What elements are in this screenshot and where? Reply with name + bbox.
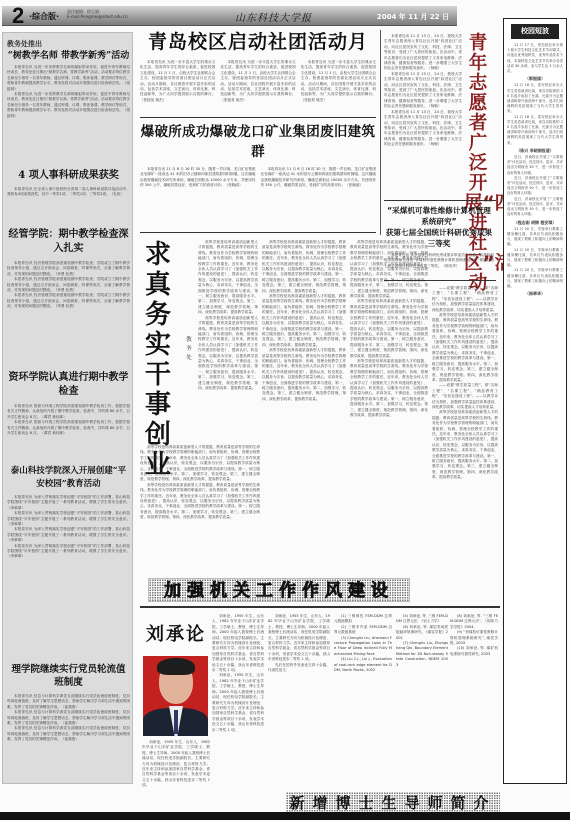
feature-body-col2: 高等学校是培养高素质创新型人才的摇篮，教育质量是高等学校的生命线。教务处作为学校…	[262, 240, 346, 560]
article-body: 本报青岛讯 经济管理学院高度重视期中教学检查，学院成立了期中教学检查领导小组，通…	[7, 261, 130, 381]
feature-headline-vertical: 求真务实 干事创业	[144, 240, 172, 480]
article-body: 本报青岛讯 为进一步丰富大学生的课余文化生活，提高青年学生的综合素质，促进校园文…	[140, 60, 376, 112]
issue-date: 2004 年 11 月 22 日	[377, 12, 449, 22]
article-title: 4 项人事科研成果获奖	[7, 169, 130, 183]
profile-publications-col2: (5) 刘承论, 等. 三维 FEM-DDM 边界元法, 《岩土力学》(6) 刘…	[396, 614, 448, 792]
article-headline: 爆破所成功爆破龙口矿业集团废旧建筑群	[140, 122, 376, 162]
article-youth-volunteers[interactable]: 本报青岛讯 11 月 13 日、24 日，我校大学生青年志愿者深入青岛社区开展“…	[384, 30, 492, 195]
article-kicker: 教务处推出	[7, 39, 130, 49]
banner-text: 加强机关工作作风建设	[149, 579, 409, 603]
section-name: ·综合版·	[29, 11, 59, 22]
feature-article-work-style[interactable]: 求真务实 干事创业 教务处 高等学校是培养高素质创新型人才的摇篮，教育质量是高等…	[140, 240, 430, 540]
article-title: 资环学院认真进行期中教学检查	[7, 371, 130, 399]
left-news-column: 教务处推出 “树教学名师 带教学新秀”活动 本报青岛讯 为进一步发挥教学名师的辐…	[2, 32, 133, 784]
article-body: 本报青岛讯 为进一步发挥教学名师的辐射带动作用，促进中青年教师尽快成长，教务处近…	[7, 65, 130, 143]
divider	[140, 232, 376, 233]
article-title: “树教学名师 带教学新秀”活动	[7, 50, 130, 62]
article-hr-research-awards[interactable]: 4 项人事科研成果获奖 本报青岛讯 在全省人事厅组织的全省第二届人事科研成果评选…	[7, 169, 130, 225]
profile-publications-col3: (8) 刘承论, 等. “三维 FEM-DDM 边界元法”, 《固体力学学报》2…	[450, 614, 498, 792]
column-rule	[380, 30, 381, 235]
page-bottom-bar	[0, 812, 570, 820]
sidebar-body: 11 月 17 日，青岛校区举办第十届大学生科技文化艺术节闭幕式，评选出优秀组织…	[504, 43, 566, 773]
newspaper-page: 2 ·综合版· 责任编辑：徐玉娟 E-mail:Pengmei@sdust.ed…	[0, 0, 570, 822]
masthead-bar: 2 ·综合版· 责任编辑：徐玉娟 E-mail:Pengmei@sdust.ed…	[2, 6, 457, 26]
article-teaching-master[interactable]: 教务处推出 “树教学名师 带教学新秀”活动 本报青岛讯 为进一步发挥教学名师的辐…	[7, 39, 130, 143]
article-title: 理学院继续实行党员轮流值班制度	[7, 663, 130, 689]
banner-work-style: 加强机关工作作风建设	[148, 578, 410, 602]
profile-photo	[143, 656, 208, 736]
divider	[384, 200, 496, 201]
paper-logo: 山东科技大学报	[235, 9, 312, 24]
feature-body-col3: 高等学校是培养高素质创新型人才的摇篮，教育质量是高等学校的生命线。教务处作为学校…	[350, 240, 428, 560]
banner-new-advisors: 新增博士生导师简介	[286, 792, 500, 814]
article-title: 泰山科技学院深入开展创建“平安校园”教育活动	[7, 465, 130, 491]
article-env-midterm-check[interactable]: 资环学院认真进行期中教学检查 本报青岛讯 资源与环境工程学院高度重视期中教学检查…	[7, 371, 130, 476]
article-body: 本报泰安讯 为深入贯彻落实学校创建“平安校园”的工作部署，泰山科技学院围绕“平安…	[7, 495, 130, 643]
article-qingdao-club-month[interactable]: 青岛校区启动社团活动月 本报青岛讯 为进一步丰富大学生的课余文化生活，提高青年学…	[140, 30, 376, 114]
article-body: 本报青岛讯 在全省人事厅组织的全省第二届人事科研成果评选活动中，我校有4项成果获…	[7, 187, 130, 225]
profile-bio-col1: 刘承论，1955 年生，山东人，1982 年毕业于山东矿业学院，工学硕士，教授，…	[212, 614, 264, 792]
article-econ-midterm-check[interactable]: 经管学院：期中教学检查深入扎实 本报青岛讯 经济管理学院高度重视期中教学检查，学…	[7, 228, 130, 381]
brief-item: 11 月 17 日，青岛校区举办第十届大学生科技文化艺术节闭幕式，评选出优秀组织…	[507, 43, 563, 74]
article-body: 本报青岛讯 11 月 13 日、24 日，我校大学生青年志愿者深入青岛社区开展“…	[384, 34, 462, 184]
feature-body-col1: 高等学校是培养高素质创新型人才的摇篮，教育质量是高等学校的生命线。教务处作为学校…	[198, 240, 258, 440]
divider	[140, 606, 500, 608]
page-number: 2	[12, 3, 24, 29]
email-line: E-mail:Pengmei@sdust.edu.cn	[67, 14, 128, 19]
feature-byline: 教务处	[184, 336, 194, 363]
editor-info: 责任编辑：徐玉娟 E-mail:Pengmei@sdust.edu.cn	[67, 9, 128, 19]
profile-name: 刘承论	[146, 620, 206, 646]
article-coal-machine-award[interactable]: “采煤机可靠性维修计算机管理系统研究” 获第七届全国统计科研优秀成果三等奖 本报…	[384, 205, 494, 275]
brief-item: 11 月 20 日，学校举行教职工健身操比赛，各单位代表队积极参与，展现了教职工…	[507, 227, 563, 248]
profile-bio-col0: 刘承论，1955 年生，山东人，1982 年毕业于山东矿业学院，工学硕士，教授，…	[142, 740, 210, 792]
profile-publications-col1: (1) 三维弹性 FEM-DDM 边界元数值模拟(2) 三维多介质 FEM-DD…	[334, 614, 392, 792]
article-blasting-longkou[interactable]: 爆破所成功爆破龙口矿业集团废旧建筑群 本报青岛讯 11 月 8 日 16 时 3…	[140, 116, 376, 220]
feature-body-col1b: 高等学校是培养高素质创新型人才的摇篮，教育质量是高等学校的生命线。教务处作为学校…	[140, 445, 260, 560]
article-body: 本报青岛讯 11 月 8 日 16 时 30 分，随着一声巨响，龙口矿业集团北皂…	[140, 167, 376, 227]
feature-body-continued: ——设置“教学质量工程”，即“名师工程”、“名课工程”、“精品教材工程”、“实验…	[432, 286, 498, 556]
divider	[384, 280, 496, 281]
banner-text: 新增博士生导师简介	[286, 792, 500, 814]
article-taishan-safe-campus[interactable]: 泰山科技学院深入开展创建“平安校园”教育活动 本报泰安讯 为深入贯彻落实学校创建…	[7, 465, 130, 643]
profile-bio-col2: 刘承论，1955 年生，山东人，1982 年毕业于山东矿业学院，工学硕士，教授，…	[268, 614, 330, 792]
article-headline: 青岛校区启动社团活动月	[140, 30, 376, 54]
sidebar-tag: 校园短波	[511, 24, 559, 39]
article-body: 本报青岛讯 信息与计算科学系党支部继续实行党员轮流值班制度，党员每周轮流值班，及…	[7, 694, 130, 799]
article-headline-line2: 获第七届全国统计科研优秀成果三等奖	[384, 227, 494, 249]
article-headline-line1: “采煤机可靠性维修计算机管理系统研究”	[384, 205, 494, 227]
brief-item: 近日，济南校区开展了“文明宿舍”评比活动，经过初评、复评，共评选出文明宿舍 50…	[507, 155, 563, 176]
sidebar-campus-briefs: 校园短波 11 月 17 日，青岛校区举办第十届大学生科技文化艺术节闭幕式，评选…	[503, 18, 567, 784]
brief-item: 11 月 18 日，泰安校区举办大学生英语演讲比赛，来自各院系的 20 名选手参…	[507, 83, 563, 114]
article-science-party-duty[interactable]: 理学院继续实行党员轮流值班制度 本报青岛讯 信息与计算科学系党支部继续实行党员轮…	[7, 663, 130, 799]
article-title: 经管学院：期中教学检查深入扎实	[7, 228, 130, 256]
